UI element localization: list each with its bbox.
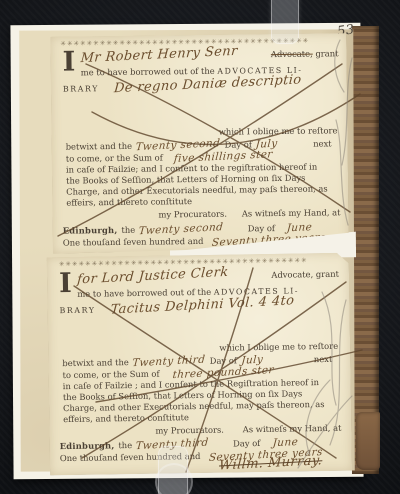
library-title-line: brary De regno Daniæ descriptio xyxy=(63,78,302,96)
plastic-clip-top xyxy=(271,0,299,44)
borrower-line: Mr Robert Henry Senr Advocate, grant xyxy=(80,45,338,63)
drop-cap-initial: I xyxy=(62,48,75,75)
advocate-label: Advocate, grant xyxy=(271,48,339,59)
body-line: Charge, and other Executorials needful, … xyxy=(66,183,328,196)
oblige-line: which I oblige me to reſtore xyxy=(219,125,338,136)
borrower-line: for Lord Justice Clerk Advocate, grant xyxy=(77,266,339,285)
drop-cap-initial: I xyxy=(59,270,72,297)
grant-label: grant xyxy=(316,269,339,279)
borrow-receipt-1: ✳✳✳✳✳✳✳✳✳✳✳✳✳✳✳✳✳✳✳✳✳✳✳✳✳✳✳✳✳✳✳✳✳✳✳✳✳✳ I… xyxy=(50,33,349,254)
oblige-line: which I oblige me to reſtore xyxy=(219,341,338,353)
edinburgh-label: Edinburgh, xyxy=(63,225,118,236)
witness-text: As witneſs my Hand, at xyxy=(242,207,341,218)
witness-text: As witneſs my Hand, at xyxy=(243,423,342,435)
plastic-clip-bottom xyxy=(158,446,188,494)
body-line: effeirs, and thereto conſtitute xyxy=(63,412,189,424)
procurators-line: my Procurators. As witneſs my Hand, at xyxy=(66,207,340,220)
album-page: 53 12 ✳✳✳✳✳✳✳✳✳✳✳✳✳✳✳✳✳✳✳✳✳✳✳✳✳✳✳✳✳✳✳✳✳✳… xyxy=(19,29,355,471)
procurators-line: my Procurators. As witneſs my Hand, at xyxy=(63,423,341,437)
brary-caps: brary xyxy=(59,306,95,316)
edinburgh-label: Edinburgh, xyxy=(60,440,115,451)
borrower-name: for Lord Justice Clerk xyxy=(77,265,229,288)
library-title-line: brary Tacitus Delphini Vol. 4 4to xyxy=(59,298,294,317)
grant-label: grant xyxy=(315,48,338,58)
advocate-label: Advocate, grant xyxy=(271,269,339,280)
body-line: effeirs, and thereto conſtitute xyxy=(66,196,192,208)
fore-edge-fragment xyxy=(356,412,380,470)
brary-caps: brary xyxy=(63,84,99,93)
photo-of-bound-volume: 53 12 ✳✳✳✳✳✳✳✳✳✳✳✳✳✳✳✳✳✳✳✳✳✳✳✳✳✳✳✳✳✳✳✳✳✳… xyxy=(0,0,400,494)
borrow-receipt-2: ✳✳✳✳✳✳✳✳✳✳✳✳✳✳✳✳✳✳✳✳✳✳✳✳✳✳✳✳✳✳✳✳✳✳✳✳✳✳ I… xyxy=(47,253,352,476)
book-fore-edge xyxy=(352,26,379,474)
